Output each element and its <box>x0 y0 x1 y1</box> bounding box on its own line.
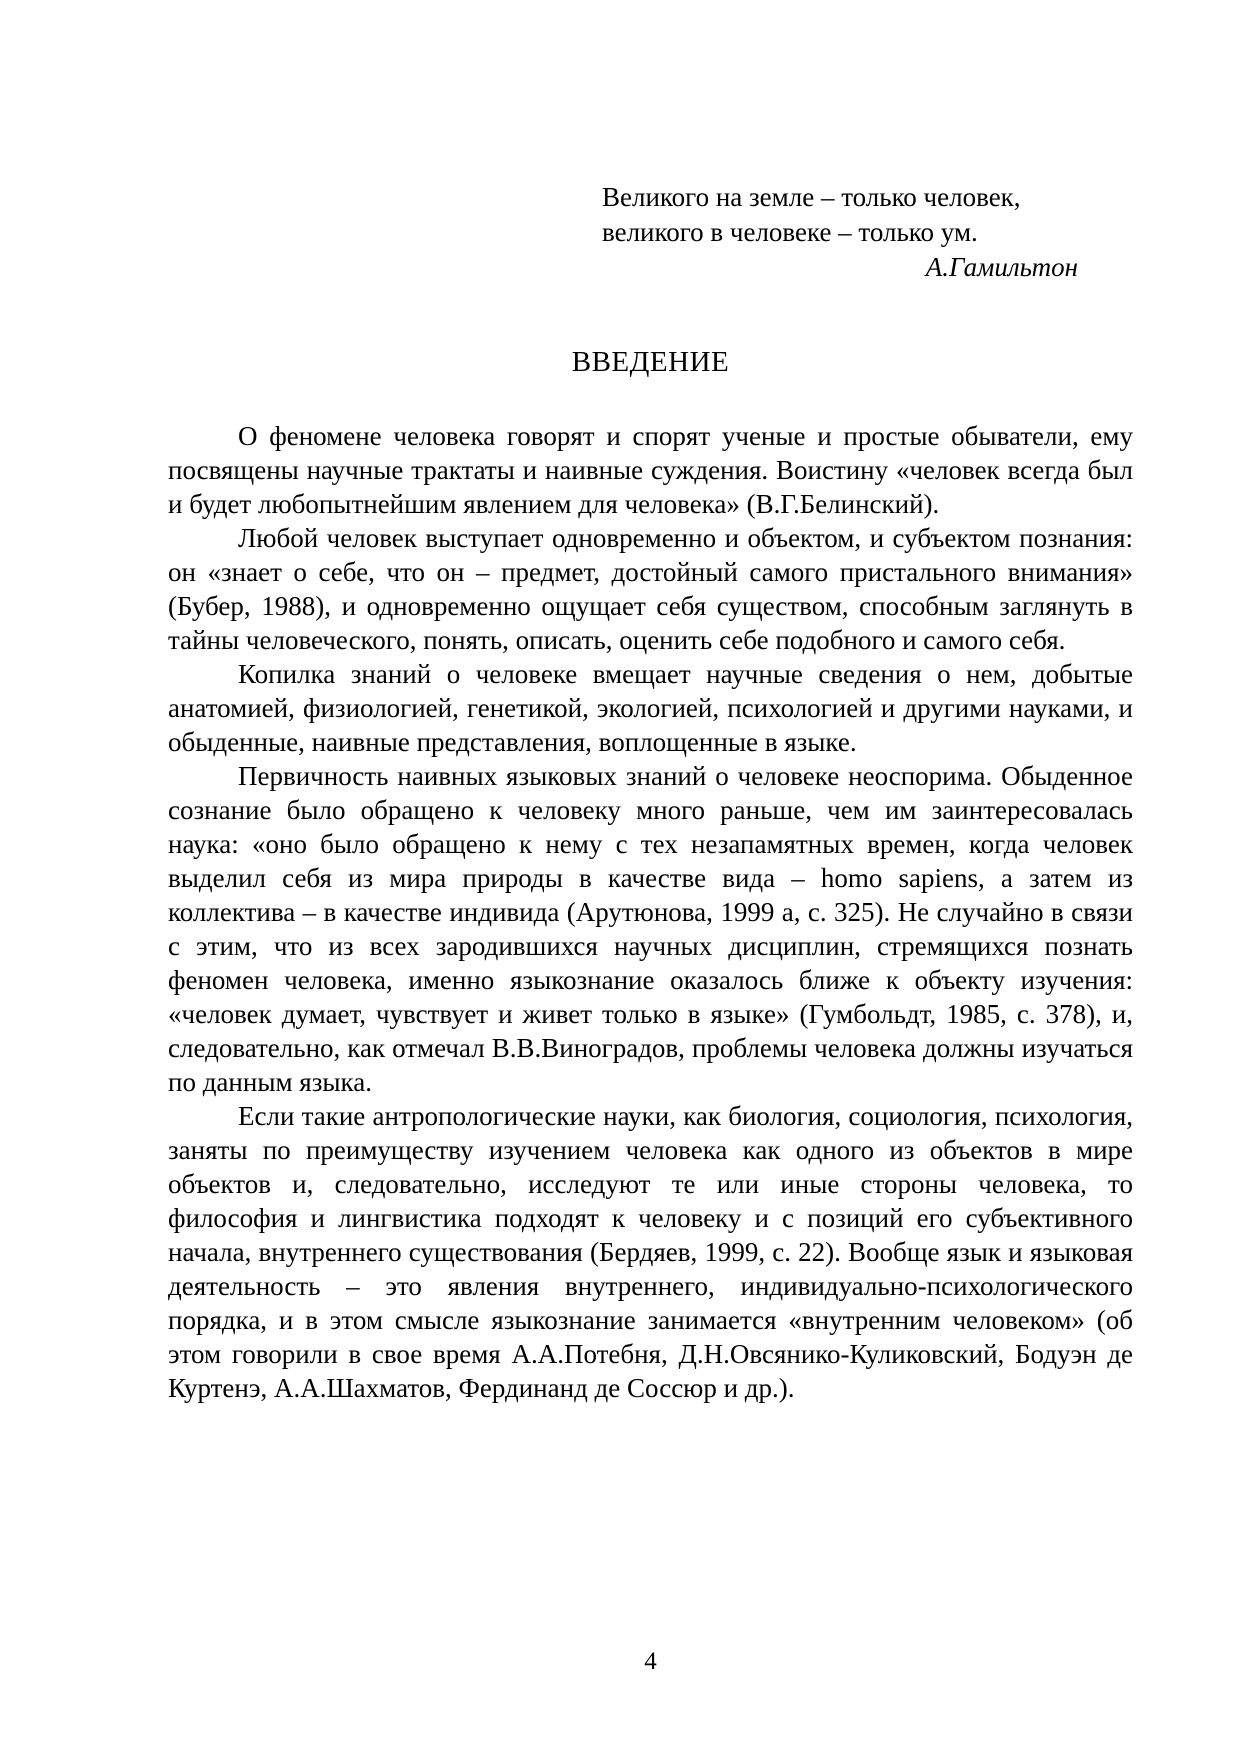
epigraph-line-1: Великого на земле – только человек, <box>602 180 1080 215</box>
paragraph-3: Копилка знаний о человеке вмещает научны… <box>168 657 1133 759</box>
epigraph-author: А.Гамильтон <box>602 250 1080 285</box>
section-heading: ВВЕДЕНИЕ <box>168 346 1133 379</box>
paragraph-5: Если такие антропологические науки, как … <box>168 1099 1133 1405</box>
body-text: О феномене человека говорят и спорят уче… <box>168 419 1133 1405</box>
epigraph-line-2: великого в человеке – только ум. <box>602 215 1080 250</box>
document-page: Великого на земле – только человек, вели… <box>0 0 1241 1755</box>
paragraph-4: Первичность наивных языковых знаний о че… <box>168 759 1133 1099</box>
paragraph-1: О феномене человека говорят и спорят уче… <box>168 419 1133 521</box>
page-number: 4 <box>168 1648 1133 1676</box>
paragraph-2: Любой человек выступает одновременно и о… <box>168 521 1133 657</box>
epigraph: Великого на земле – только человек, вели… <box>602 180 1080 285</box>
